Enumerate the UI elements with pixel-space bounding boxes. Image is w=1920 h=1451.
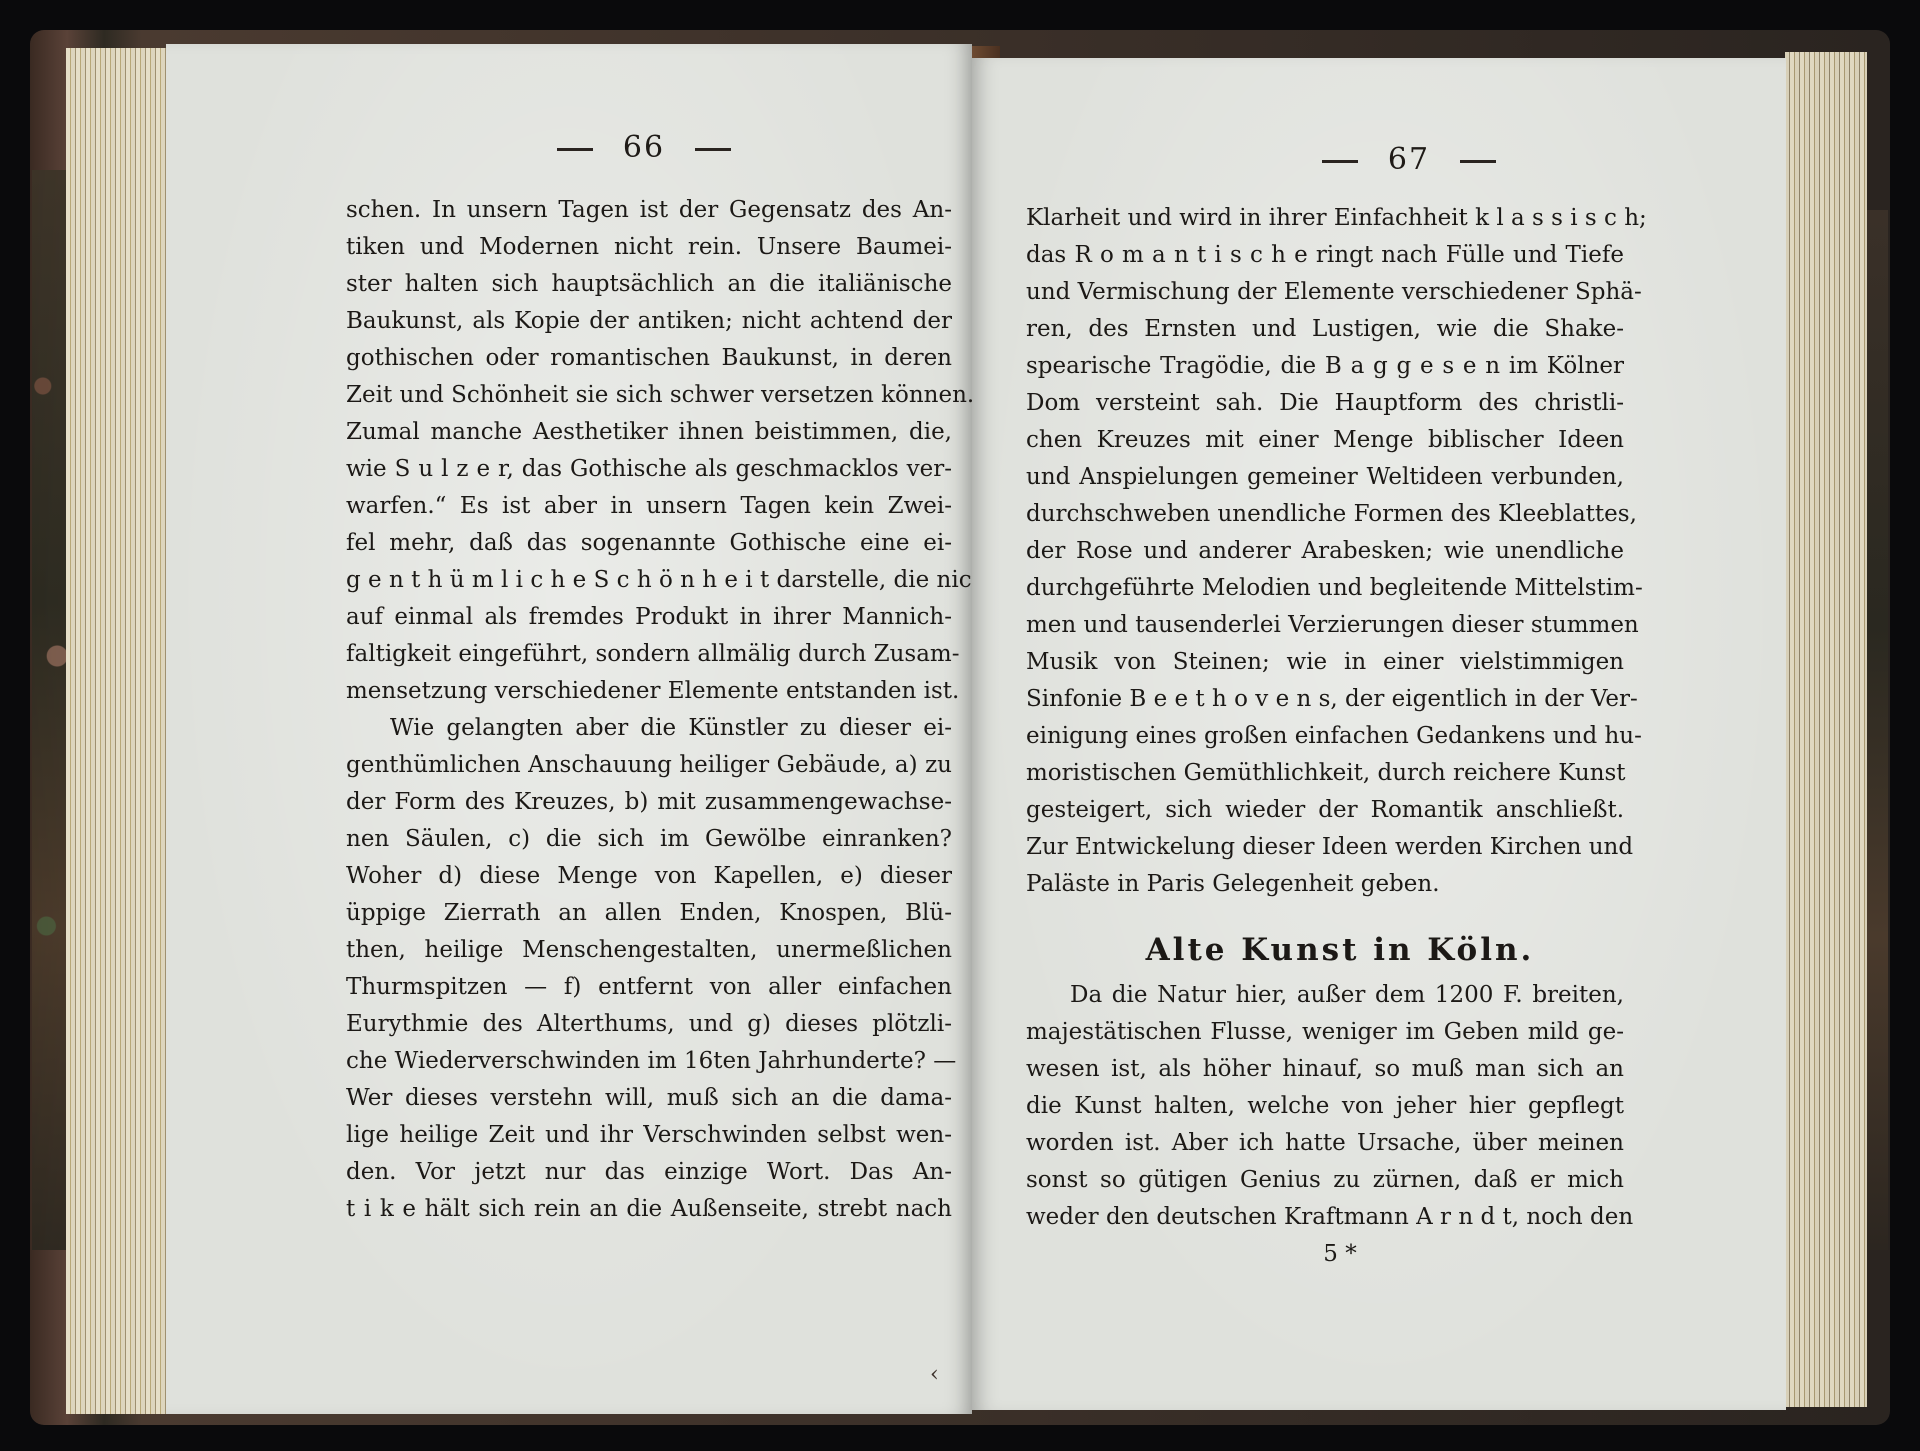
paragraph-start: Da die Natur hier, außer dem 1200 F. bre…	[1026, 977, 1624, 1014]
left-page-body: schen. In unsern Tagen ist der Gegensatz…	[346, 192, 952, 1228]
text-line: ster halten sich hauptsächlich an die it…	[346, 266, 952, 303]
text-line: then, heilige Menschengestalten, unermeß…	[346, 932, 952, 969]
folio-dash	[1322, 160, 1358, 163]
margin-mark: ‹	[930, 1362, 939, 1387]
text-line: den. Vor jetzt nur das einzige Wort. Das…	[346, 1154, 952, 1191]
text-line: schen. In unsern Tagen ist der Gegensatz…	[346, 192, 952, 229]
page-edges-left	[66, 48, 170, 1414]
text-line: warfen.“ Es ist aber in unsern Tagen kei…	[346, 488, 952, 525]
text-line: worden ist. Aber ich hatte Ursache, über…	[1026, 1125, 1624, 1162]
text-line: wesen ist, als höher hinauf, so muß man …	[1026, 1051, 1624, 1088]
text-line: Dom versteint sah. Die Hauptform des chr…	[1026, 385, 1624, 422]
text-line: Eurythmie des Alterthums, und g) dieses …	[346, 1006, 952, 1043]
page-number-text: 66	[623, 130, 665, 165]
text-line: majestätischen Flusse, weniger im Geben …	[1026, 1014, 1624, 1051]
text-line: lige heilige Zeit und ihr Verschwinden s…	[346, 1117, 952, 1154]
text-line: auf einmal als fremdes Produkt in ihrer …	[346, 599, 952, 636]
text-line: Klarheit und wird in ihrer Einfachheit k…	[1026, 200, 1624, 237]
text-line: Zeit und Schönheit sie sich schwer verse…	[346, 377, 952, 414]
text-line: Zumal manche Aesthetiker ihnen beistimme…	[346, 414, 952, 451]
text-line: g e n t h ü m l i c h e S c h ö n h e i …	[346, 562, 952, 599]
text-line: der Rose und anderer Arabesken; wie unen…	[1026, 533, 1624, 570]
text-line: men und tausenderlei Verzierungen dieser…	[1026, 607, 1624, 644]
text-line: Musik von Steinen; wie in einer vielstim…	[1026, 644, 1624, 681]
text-line: spearische Tragödie, die B a g g e s e n…	[1026, 348, 1624, 385]
page-number-left: 66	[166, 130, 972, 165]
text-line: der Form des Kreuzes, b) mit zusammengew…	[346, 784, 952, 821]
folio-dash	[557, 148, 593, 151]
text-line: Sinfonie B e e t h o v e n s, der eigent…	[1026, 681, 1624, 718]
page-edges-right	[1785, 52, 1867, 1407]
text-line: Woher d) diese Menge von Kapellen, e) di…	[346, 858, 952, 895]
left-page: 66 schen. In unsern Tagen ist der Gegens…	[166, 44, 972, 1414]
text-line: weder den deutschen Kraftmann A r n d t,…	[1026, 1199, 1624, 1236]
text-line: t i k e hält sich rein an die Außenseite…	[346, 1191, 952, 1228]
text-line: Baukunst, als Kopie der antiken; nicht a…	[346, 303, 952, 340]
paragraph-start: Wie gelangten aber die Künstler zu diese…	[346, 710, 952, 747]
text-line: gothischen oder romantischen Baukunst, i…	[346, 340, 952, 377]
text-line: moristischen Gemüthlichkeit, durch reich…	[1026, 755, 1624, 792]
text-line: einigung eines großen einfachen Gedanken…	[1026, 718, 1624, 755]
text-line: ren, des Ernsten und Lustigen, wie die S…	[1026, 311, 1624, 348]
section-heading: Alte Kunst in Köln.	[1026, 923, 1624, 977]
text-line: faltigkeit eingeführt, sondern allmälig …	[346, 636, 952, 673]
text-line: und Anspielungen gemeiner Weltideen verb…	[1026, 459, 1624, 496]
text-line: fel mehr, daß das sogenannte Gothische e…	[346, 525, 952, 562]
text-line: genthümlichen Anschauung heiliger Gebäud…	[346, 747, 952, 784]
text-line: nen Säulen, c) die sich im Gewölbe einra…	[346, 821, 952, 858]
text-line: die Kunst halten, welche von jeher hier …	[1026, 1088, 1624, 1125]
text-line: gesteigert, sich wieder der Romantik ans…	[1026, 792, 1624, 829]
text-line: che Wiederverschwinden im 16ten Jahrhund…	[346, 1043, 952, 1080]
signature-mark: 5 *	[1026, 1236, 1624, 1273]
folio-dash	[695, 148, 731, 151]
text-line: Zur Entwickelung dieser Ideen werden Kir…	[1026, 829, 1624, 866]
text-line: Thurmspitzen — f) entfernt von aller ein…	[346, 969, 952, 1006]
right-page-body: Klarheit und wird in ihrer Einfachheit k…	[1026, 200, 1624, 1273]
marbled-cover-left	[32, 170, 68, 1250]
text-line: wie S u l z e r, das Gothische als gesch…	[346, 451, 952, 488]
text-line: tiken und Modernen nicht rein. Unsere Ba…	[346, 229, 952, 266]
text-line: sonst so gütigen Genius zu zürnen, daß e…	[1026, 1162, 1624, 1199]
folio-dash	[1460, 160, 1496, 163]
text-line: und Vermischung der Elemente verschieden…	[1026, 274, 1624, 311]
text-line: chen Kreuzes mit einer Menge biblischer …	[1026, 422, 1624, 459]
text-line: durchschweben unendliche Formen des Klee…	[1026, 496, 1624, 533]
page-number-text: 67	[1388, 142, 1430, 177]
text-line: Wer dieses verstehn will, muß sich an di…	[346, 1080, 952, 1117]
text-line: Paläste in Paris Gelegenheit geben.	[1026, 866, 1624, 903]
right-page: 67 Klarheit und wird in ihrer Einfachhei…	[972, 58, 1786, 1410]
text-line: üppige Zierrath an allen Enden, Knospen,…	[346, 895, 952, 932]
text-line: mensetzung verschiedener Elemente entsta…	[346, 673, 952, 710]
text-line: durchgeführte Melodien und begleitende M…	[1026, 570, 1624, 607]
text-line: das R o m a n t i s c h e ringt nach Fül…	[1026, 237, 1624, 274]
page-number-right: 67	[972, 142, 1786, 177]
